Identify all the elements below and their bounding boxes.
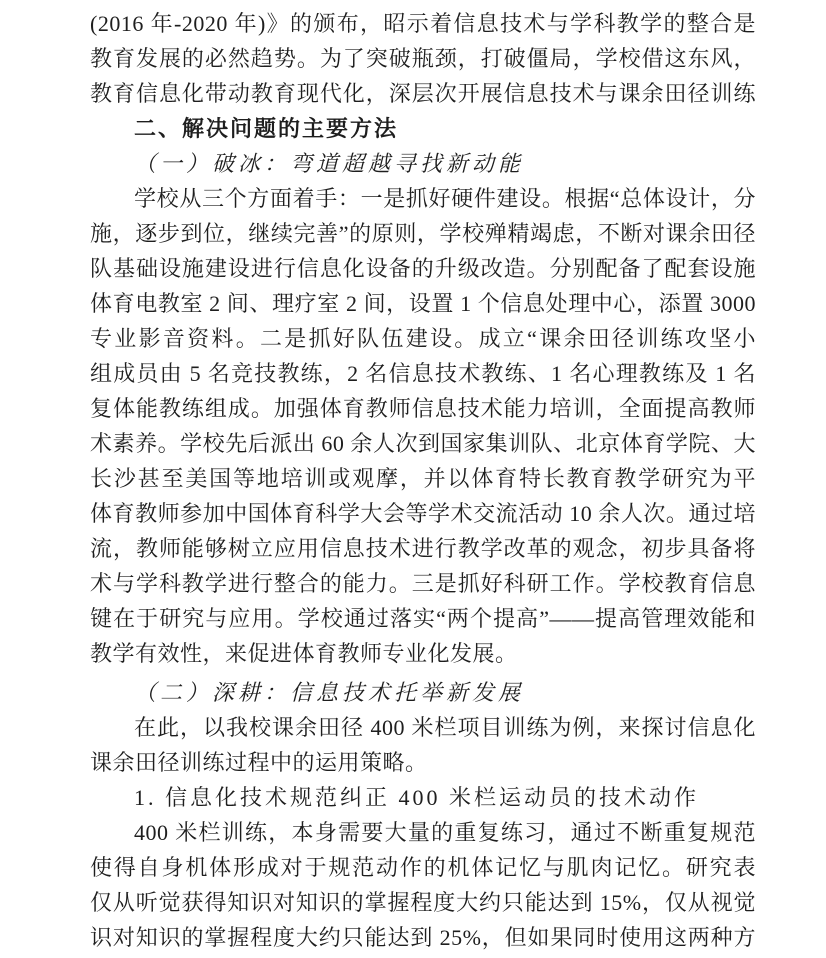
section-heading: 二、解决问题的主要方法 <box>90 111 756 146</box>
body-text-line: 教学有效性，来促进体育教师专业化发展。 <box>90 636 756 671</box>
body-text-line: 专业影音资料。二是抓好队伍建设。成立“课余田径训练攻坚小组”。小 <box>90 321 756 356</box>
body-text-line: 在此，以我校课余田径 400 米栏项目训练为例，来探讨信息化技术在 <box>90 710 756 745</box>
body-text-line: 使得自身机体形成对于规范动作的机体记忆与肌肉记忆。研究表明，人们 <box>90 850 756 885</box>
body-text-line: 队基础设施建设进行信息化设备的升级改造。分别配备了配套设施齐备的 <box>90 251 756 286</box>
body-text-line: (2016 年-2020 年)》的颁布，昭示着信息技术与学科教学的整合是现代化 <box>90 6 756 41</box>
body-text-line: 复体能教练组成。加强体育教师信息技术能力培训，全面提高教师信息技 <box>90 391 756 426</box>
body-text-line: 术与学科教学进行整合的能力。三是抓好科研工作。学校教育信息化的关 <box>90 566 756 601</box>
body-text-line: 术素养。学校先后派出 60 余人次到国家集训队、北京体育学院、大连、 <box>90 426 756 461</box>
body-text-line: 学校从三个方面着手：一是抓好硬件建设。根据“总体设计，分步实 <box>90 181 756 216</box>
body-text-line: 施，逐步到位，继续完善”的原则，学校殚精竭虑，不断对课余田径训练 <box>90 216 756 251</box>
body-text-line: 400 米栏训练，本身需要大量的重复练习，通过不断重复规范化动作 <box>90 815 756 850</box>
body-text-line: 长沙甚至美国等地培训或观摩，并以体育特长教育教学研究为平台，推荐 <box>90 461 756 496</box>
subsection-heading: （一）破冰：弯道超越寻找新动能 <box>90 146 756 181</box>
numbered-subheading: 1. 信息化技术规范纠正 400 米栏运动员的技术动作 <box>90 780 756 815</box>
subsection-heading: （二）深耕：信息技术托举新发展 <box>90 675 756 710</box>
body-text-line: 键在于研究与应用。学校通过落实“两个提高”——提高管理效能和提高 <box>90 601 756 636</box>
body-text-line: 教育发展的必然趋势。为了突破瓶颈，打破僵局，学校借这东风，坚持以 <box>90 41 756 76</box>
document-page: (2016 年-2020 年)》的颁布，昭示着信息技术与学科教学的整合是现代化 … <box>0 0 826 958</box>
body-text-line: 组成员由 5 名竞技教练，2 名信息技术教练、1 名心理教练及 1 名营养恢 <box>90 356 756 391</box>
body-text-line: 体育教师参加中国体育科学大会等学术交流活动 10 余人次。通过培训交 <box>90 496 756 531</box>
body-text-line: 仅从听觉获得知识对知识的掌握程度大约只能达到 15%，仅从视觉获得知 <box>90 885 756 920</box>
body-text-line: 课余田径训练过程中的运用策略。 <box>90 745 756 780</box>
body-text-line: 识对知识的掌握程度大约只能达到 25%，但如果同时使用这两种方式获得 <box>90 920 756 955</box>
body-text-line: 流，教师能够树立应用信息技术进行教学改革的观念，初步具备将信息技 <box>90 531 756 566</box>
body-text-line: 体育电教室 2 间、理疗室 2 间，设置 1 个信息处理中心，添置 3000 余… <box>90 286 756 321</box>
body-text-line: 教育信息化带动教育现代化，深层次开展信息技术与课余田径训练相整合。 <box>90 76 756 111</box>
